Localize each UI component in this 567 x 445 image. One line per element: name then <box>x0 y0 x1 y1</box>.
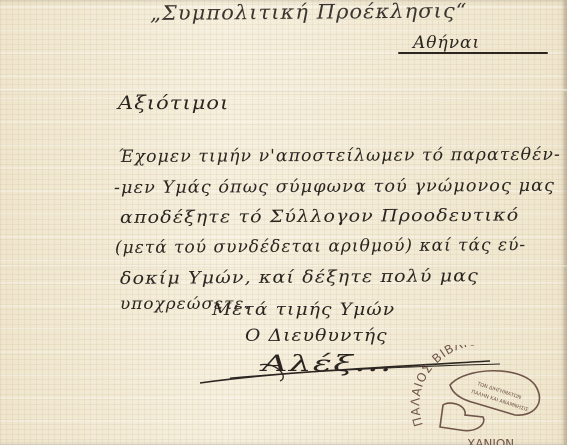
stamp-outer-text-bottom: ΧΑΝΙΩΝ <box>467 437 514 445</box>
header-place: Αθήναι <box>413 33 480 53</box>
body-line-1: Έχομεν τιμήν ν'αποστείλωμεν τό παρατεθέν… <box>118 145 561 167</box>
paper-fold-line <box>0 89 567 92</box>
library-stamp: ΠΑΛΑΙΟΣ ΒΙΒΛΙΟ ΧΑΝΙΩΝ ΤΩΝ ΔΙΗΓΗΜΑΤΩΝ ΠΑΛ… <box>405 345 555 445</box>
header-title: „Συμπολιτική Προέκλησις“ <box>150 0 468 25</box>
body-line-4: (μετά τού συνδέδεται αριθμού) καί τάς εύ… <box>115 235 526 258</box>
body-line-2: -μεν Υμάς όπως σύμφωνα τού γνώμονος μας <box>114 176 555 198</box>
header-underline <box>398 52 548 54</box>
body-line-3: αποδέξητε τό Σύλλογον Προοδευτικό <box>120 206 519 228</box>
letter-paper: „Συμπολιτική Προέκλησις“ Αθήναι Αξιότιμο… <box>0 0 567 445</box>
closing-line-1: Μετά τιμής Υμών <box>212 300 395 320</box>
closing-line-2: Ο Διευθυντής <box>245 326 388 346</box>
body-line-5: δοκίμ Υμών, καί δέξητε πολύ μας <box>120 266 479 289</box>
salutation: Αξιότιμοι <box>118 92 229 114</box>
